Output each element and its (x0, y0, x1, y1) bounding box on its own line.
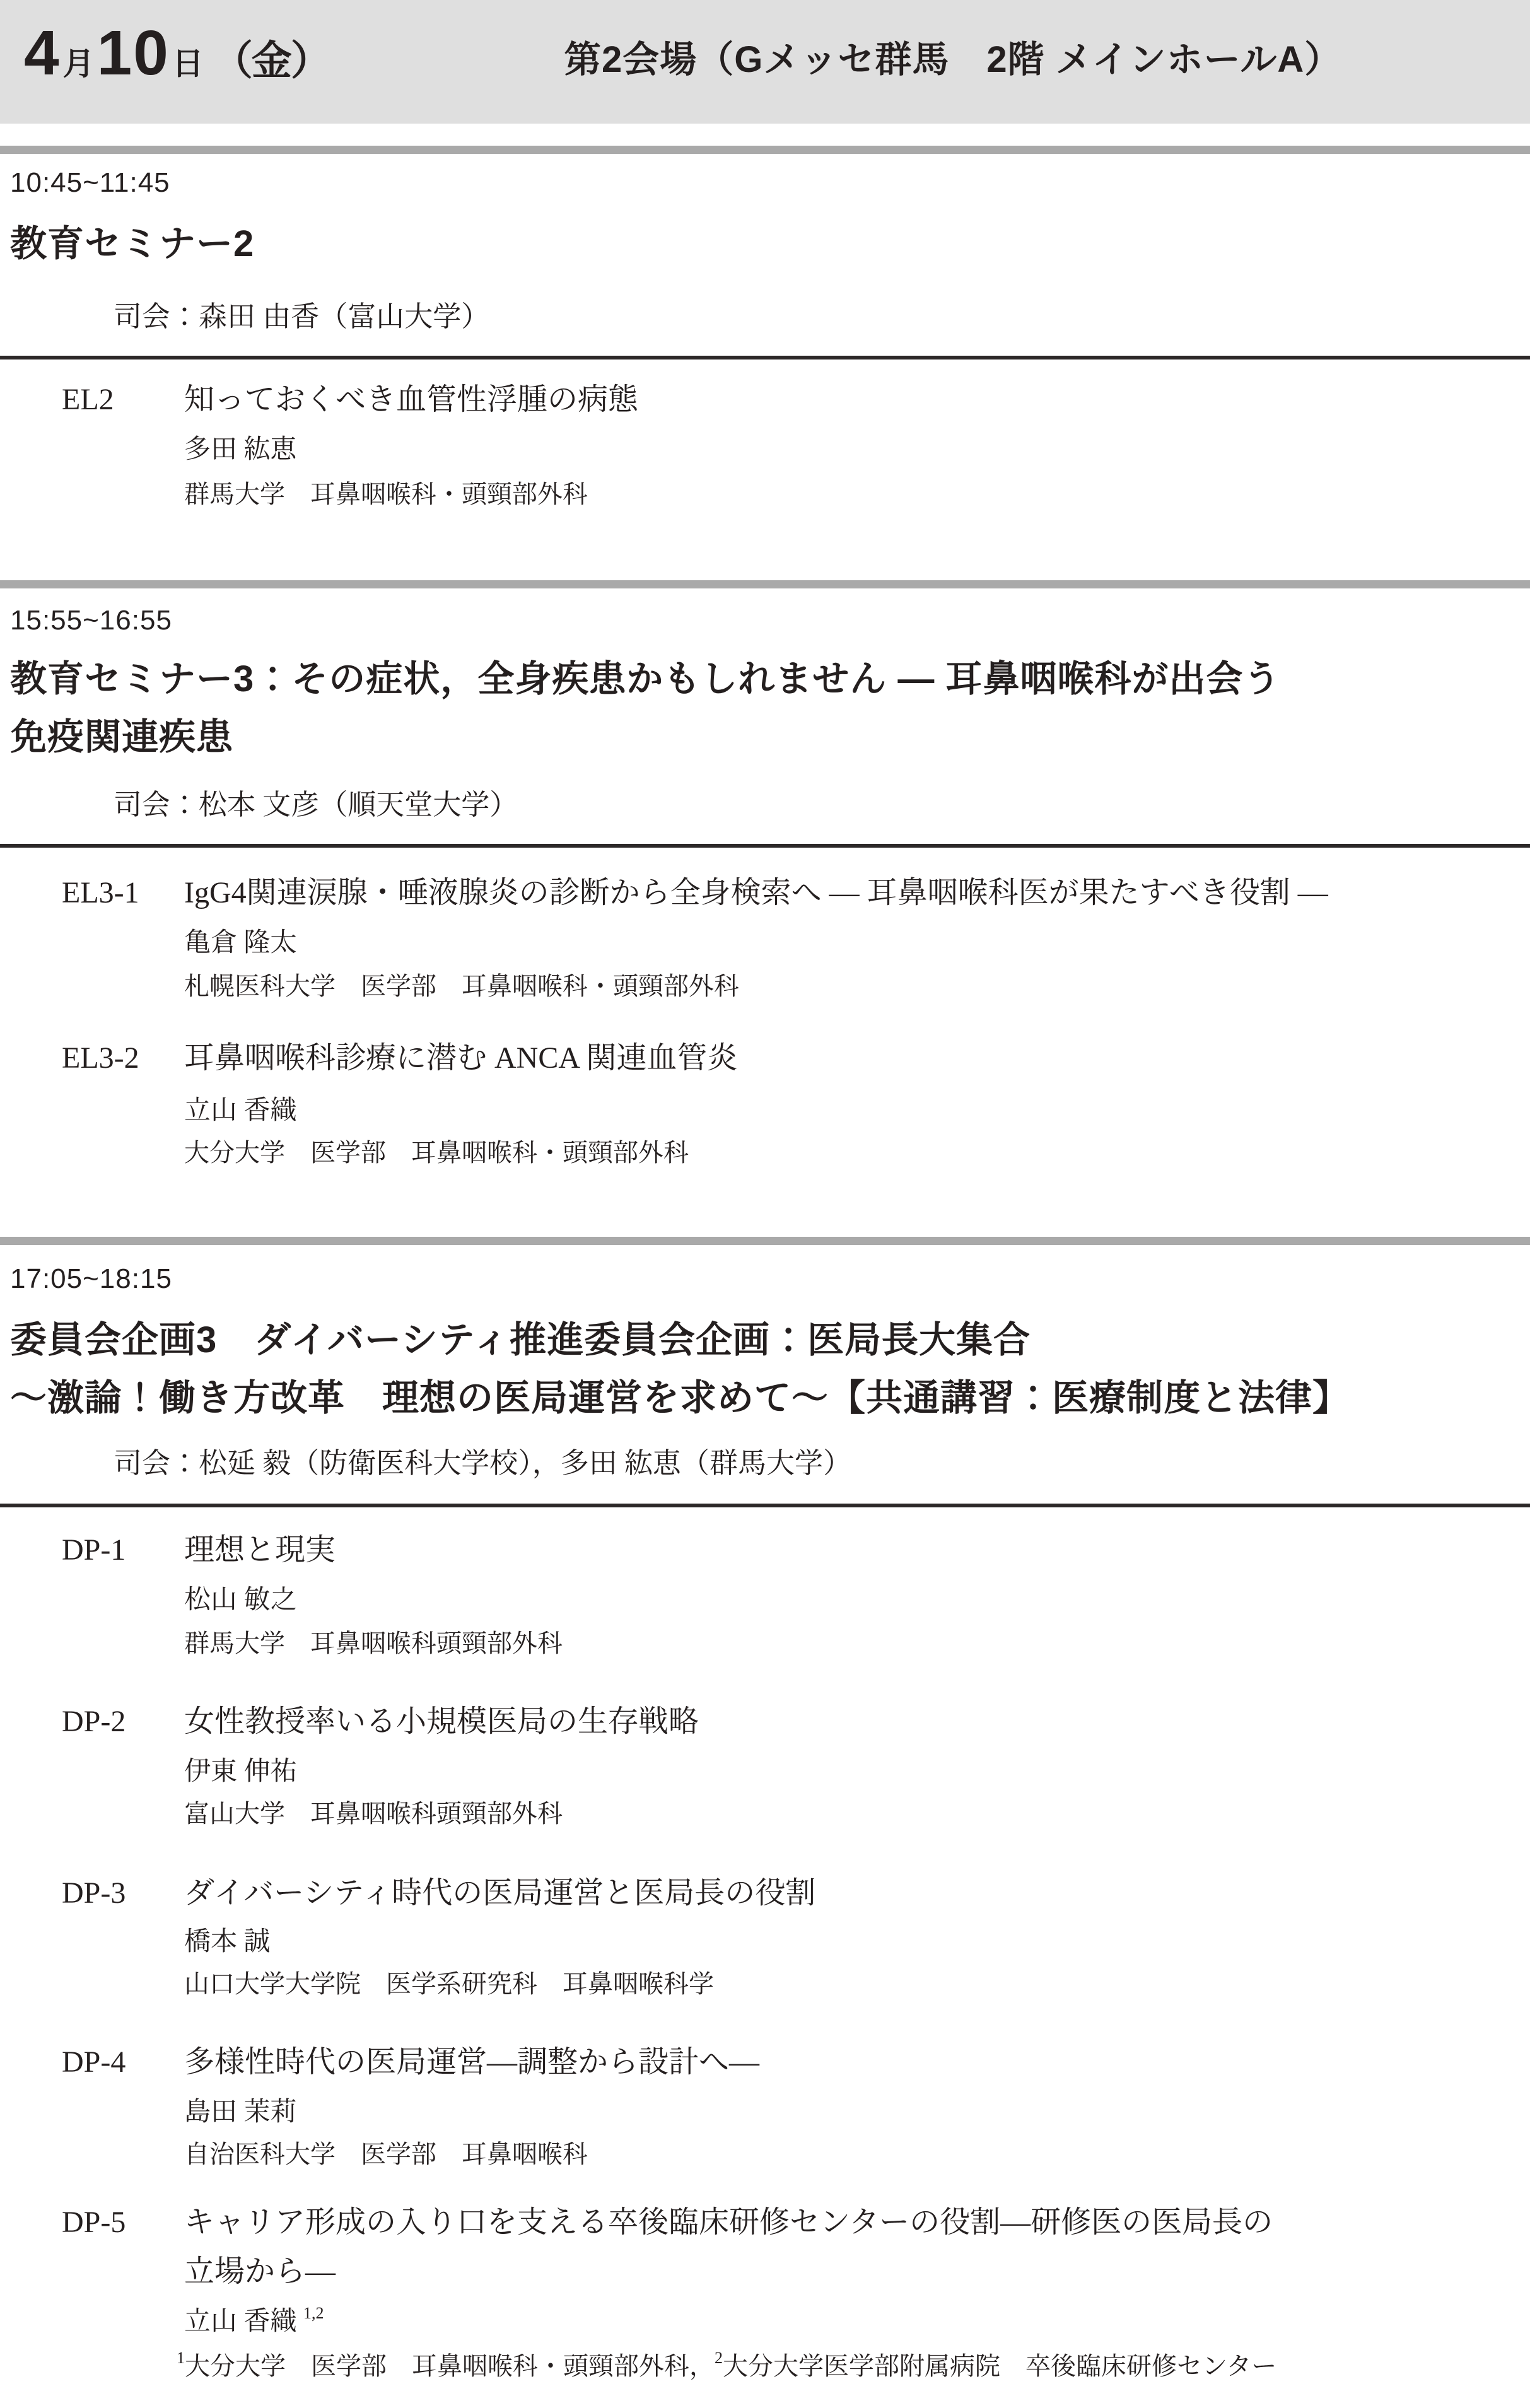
session-time: 15:55~16:55 (10, 607, 172, 634)
speaker-name: 橋本 誠 (184, 1929, 271, 1955)
session-time: 17:05~18:15 (10, 1265, 172, 1293)
presentation-code: DP-4 (62, 2047, 126, 2078)
speaker-affiliation: 群馬大学 耳鼻咽喉科頭頸部外科 (184, 1631, 563, 1656)
speaker-affiliation: 大分大学 医学部 耳鼻咽喉科・頭頸部外科 (184, 1140, 689, 1166)
section-divider-bar (0, 1237, 1530, 1245)
affiliation-superscript-1: 1 (177, 2349, 185, 2367)
presentation-title: 知っておくべき血管性浮腫の病態 (184, 385, 638, 415)
presentation-code: EL3-1 (62, 878, 139, 908)
speaker-name: 伊東 伸祐 (184, 1758, 297, 1785)
session-rule (0, 844, 1530, 848)
speaker-name: 松山 敏之 (184, 1587, 297, 1613)
speaker-name: 立山 香織 (184, 1097, 297, 1124)
presentation-code: DP-5 (62, 2207, 126, 2238)
session-rule (0, 356, 1530, 359)
presentation-title: 多様性時代の医局運営―調整から設計へ― (184, 2047, 759, 2078)
presentation-title: 女性教授率いる小規模医局の生存戦略 (184, 1707, 699, 1737)
presentation-title: ダイバーシティ時代の医局運営と医局長の役割 (184, 1878, 815, 1908)
section-divider-bar (0, 580, 1530, 588)
session-title-line2: ～激論！働き方改革 理想の医局運営を求めて～【共通講習：医療制度と法律】 (10, 1380, 1350, 1417)
presentation-code: DP-3 (62, 1878, 126, 1908)
session-moderator: 司会：松延 毅（防衛医科大学校），多田 紘恵（群馬大学） (114, 1449, 851, 1478)
speaker-affiliation: 自治医科大学 医学部 耳鼻咽喉科 (184, 2142, 588, 2167)
speaker-affiliation: 1大分大学 医学部 耳鼻咽喉科・頭頸部外科，2大分大学医学部附属病院 卒後臨床研… (177, 2354, 1276, 2379)
session-time: 10:45~11:45 (10, 169, 170, 197)
affiliation-text-2: 大分大学医学部附属病院 卒後臨床研修センター (723, 2352, 1276, 2380)
program-page: 4月10日（金） 第2会場（Gメッセ群馬 2階 メインホールA） 10:45~1… (0, 0, 1530, 2408)
speaker-name-text: 立山 香織 (184, 2307, 297, 2336)
page-header: 4月10日（金） 第2会場（Gメッセ群馬 2階 メインホールA） (0, 0, 1530, 124)
presentation-title-line2: 立場から― (184, 2257, 336, 2287)
speaker-superscript: 1,2 (303, 2304, 324, 2322)
date-month-unit: 月 (63, 46, 95, 81)
session-title: 教育セミナー2 (10, 226, 254, 262)
presentation-title: 耳鼻咽喉科診療に潜む ANCA 関連血管炎 (184, 1043, 737, 1073)
session-moderator: 司会：松本 文彦（順天堂大学） (114, 791, 518, 819)
presentation-code: DP-1 (62, 1535, 126, 1565)
session-title-line1: 教育セミナー3：その症状，全身疾患かもしれません ― 耳鼻咽喉科が出会う (10, 661, 1281, 698)
date-weekday: （金） (213, 38, 330, 83)
session-rule (0, 1504, 1530, 1507)
presentation-code: DP-2 (62, 1707, 126, 1737)
speaker-affiliation: 札幌医科大学 医学部 耳鼻咽喉科・頭頸部外科 (184, 974, 739, 999)
date-month-number: 4 (24, 18, 61, 88)
session-title-line1: 委員会企画3 ダイバーシティ推進委員会企画：医局長大集合 (10, 1322, 1031, 1359)
affiliation-text-1: 大分大学 医学部 耳鼻咽喉科・頭頸部外科， (185, 2352, 715, 2380)
speaker-name: 立山 香織 1,2 (184, 2308, 324, 2335)
section-divider-bar (0, 146, 1530, 154)
speaker-affiliation: 富山大学 耳鼻咽喉科頭頸部外科 (184, 1801, 563, 1826)
session-title-line2: 免疫関連疾患 (10, 719, 233, 756)
date-day-number: 10 (97, 18, 170, 88)
speaker-affiliation: 山口大学大学院 医学系研究科 耳鼻咽喉科学 (184, 1972, 714, 1997)
speaker-affiliation: 群馬大学 耳鼻咽喉科・頭頸部外科 (184, 482, 588, 507)
presentation-code: EL2 (62, 385, 114, 415)
affiliation-superscript-2: 2 (715, 2349, 723, 2367)
presentation-title: 理想と現実 (184, 1535, 336, 1565)
speaker-name: 多田 紘恵 (184, 436, 297, 463)
session-moderator: 司会：森田 由香（富山大学） (114, 303, 489, 331)
presentation-code: EL3-2 (62, 1043, 139, 1073)
venue-title: 第2会場（Gメッセ群馬 2階 メインホールA） (564, 42, 1341, 78)
presentation-title: IgG4関連涙腺・唾液腺炎の診断から全身検索へ ― 耳鼻咽喉科医が果たすべき役割… (184, 878, 1328, 908)
speaker-name: 亀倉 隆太 (184, 930, 297, 956)
presentation-title-line1: キャリア形成の入り口を支える卒後臨床研修センターの役割―研修医の医局長の (184, 2207, 1273, 2238)
date: 4月10日（金） (24, 21, 330, 85)
date-day-unit: 日 (172, 46, 204, 81)
speaker-name: 島田 茉莉 (184, 2099, 297, 2125)
